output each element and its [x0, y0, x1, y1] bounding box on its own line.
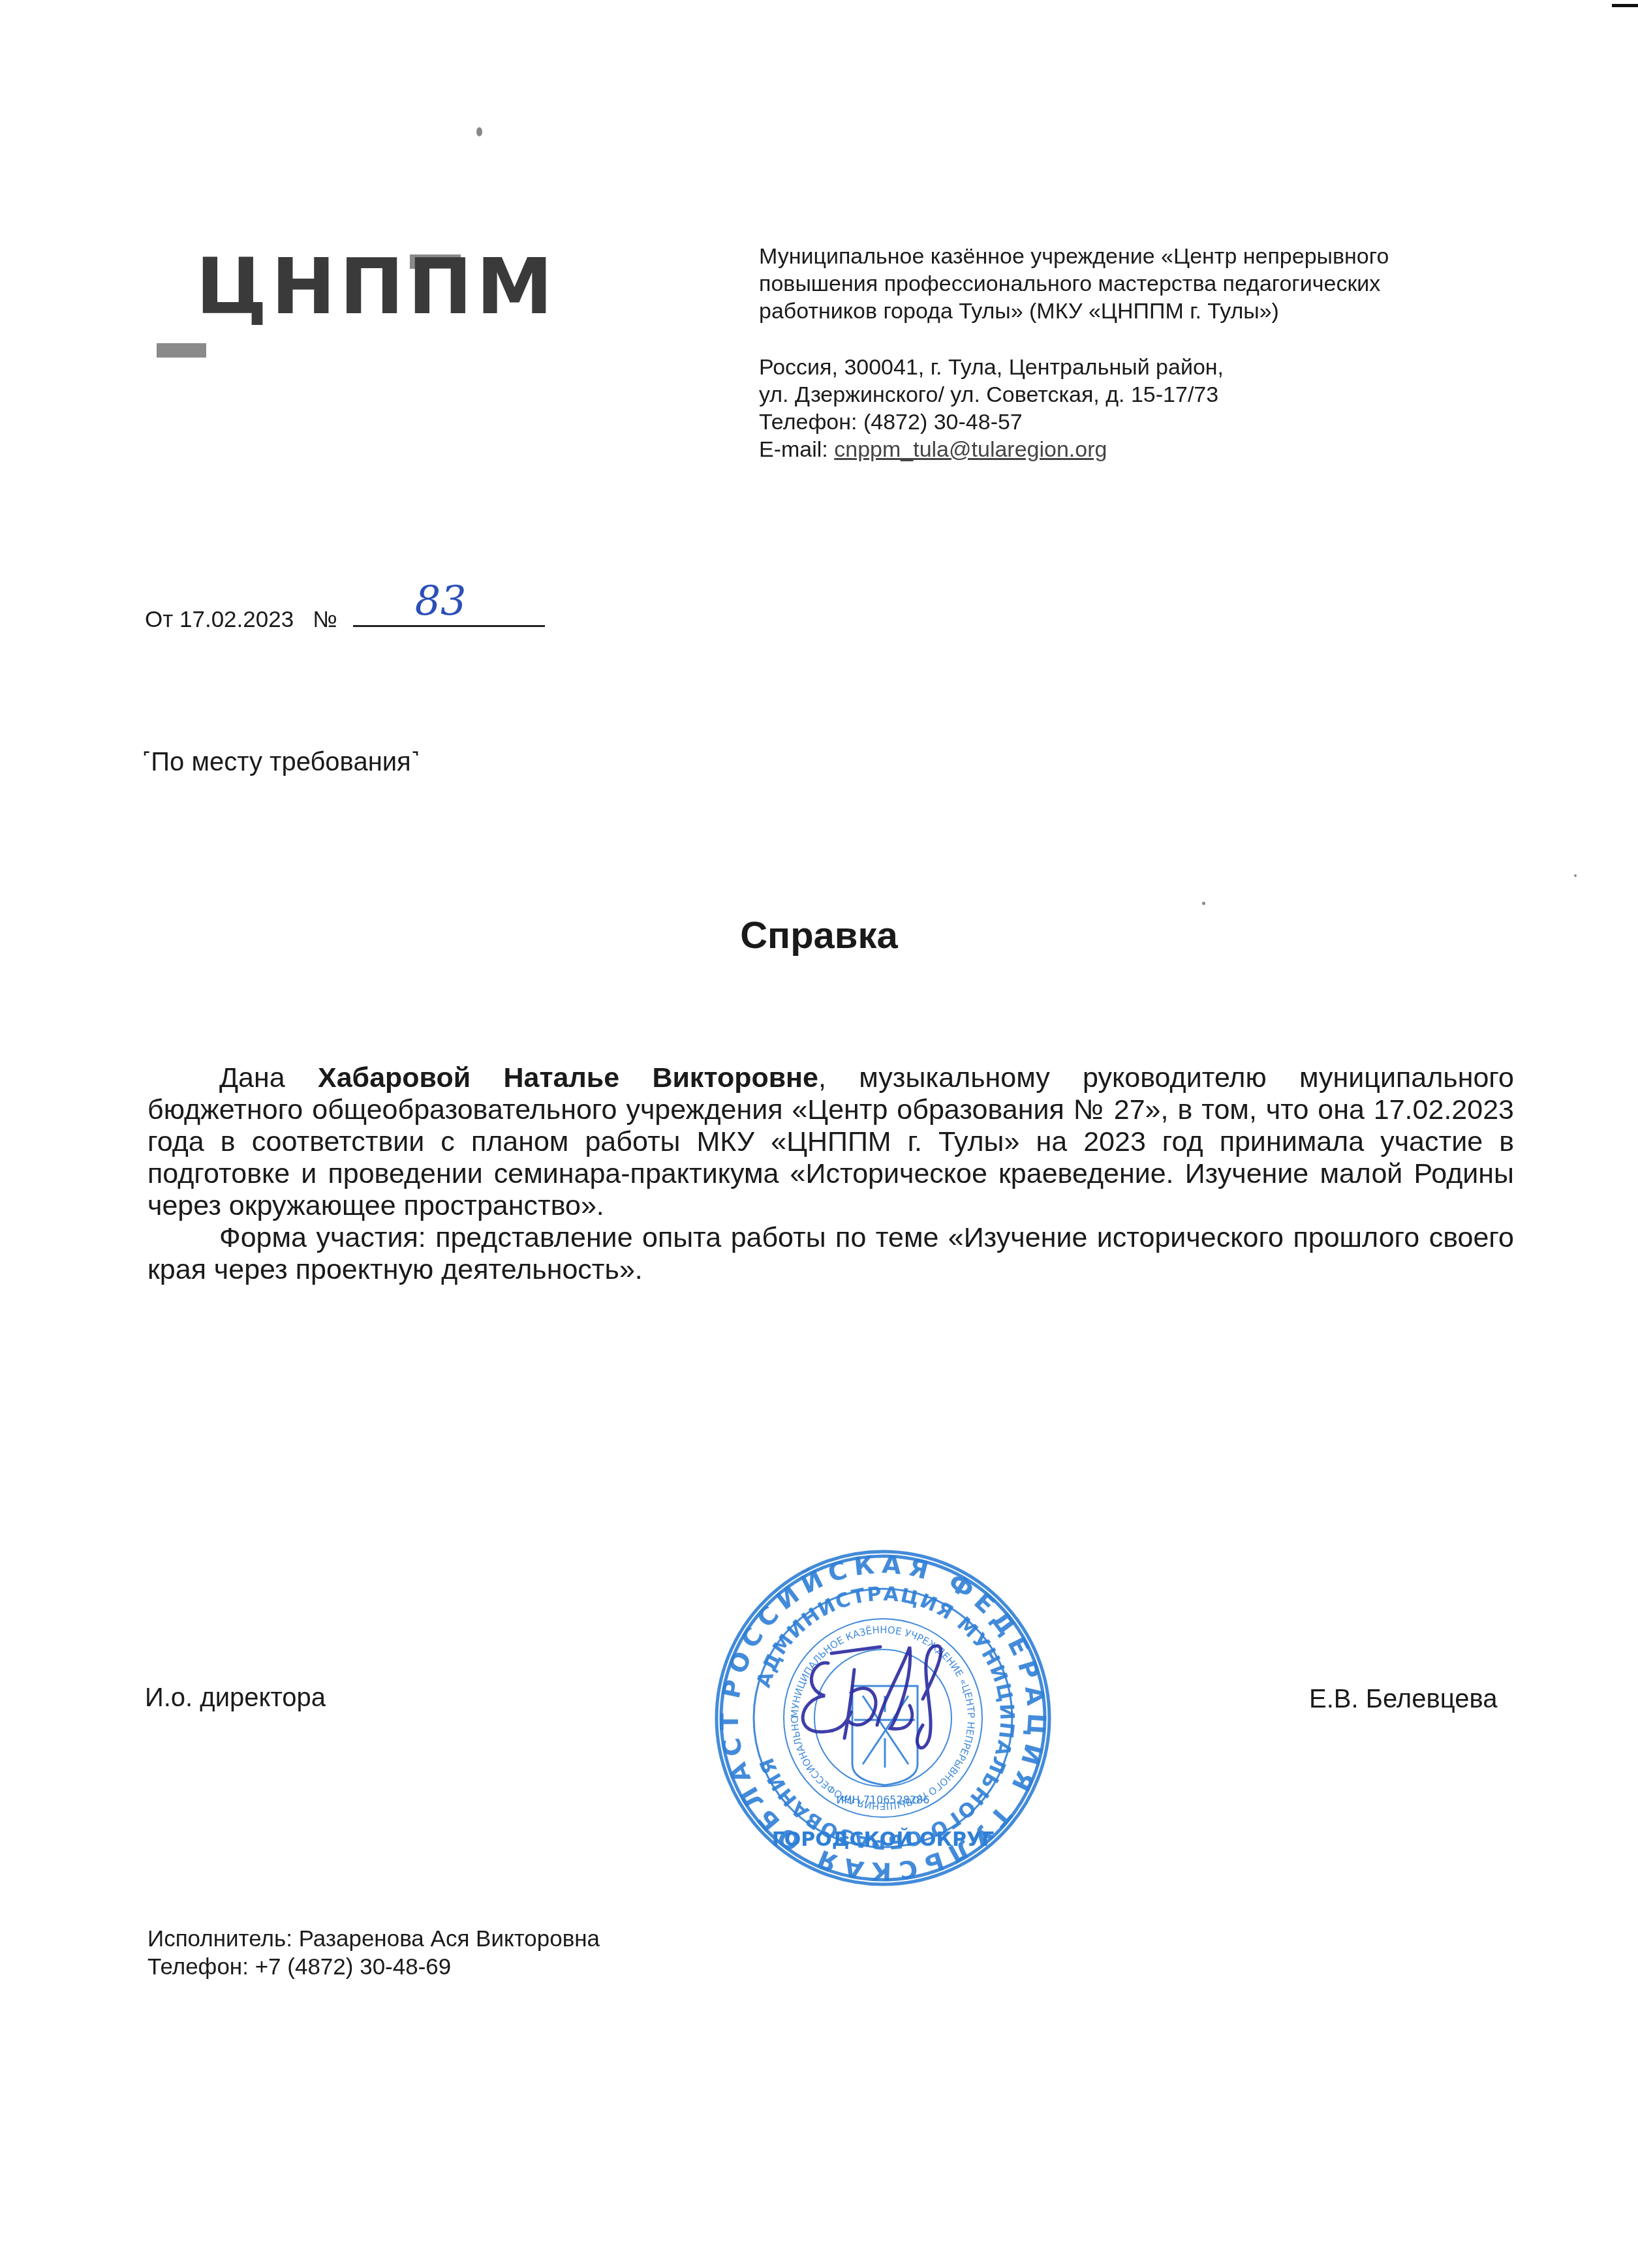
- body-paragraph-1: Дана Хабаровой Наталье Викторовне, музык…: [147, 1062, 1514, 1222]
- org-name-line-3: работников города Тулы» (МКУ «ЦНППМ г. Т…: [759, 298, 1509, 325]
- scan-speck: [1574, 874, 1577, 877]
- official-stamp: РОССИЙСКАЯ ФЕДЕРАЦИЯ ТУЛЬСКАЯ ОБЛАСТЬ АД…: [714, 1549, 1052, 1887]
- executor-info: Исполнитель: Разаренова Ася Викторовна Т…: [147, 1925, 600, 1981]
- scan-edge-mark: [1612, 4, 1638, 7]
- document-date: От 17.02.2023: [145, 607, 294, 632]
- recipient-name: Хабаровой Наталье Викторовне: [318, 1062, 818, 1094]
- executor-phone: Телефон: +7 (4872) 30-48-69: [147, 1953, 600, 1981]
- logo-bar-bottom: [157, 343, 206, 358]
- scan-speck: [476, 127, 482, 136]
- body-paragraph-2: Форма участия: представление опыта работ…: [147, 1222, 1514, 1286]
- address-line-1: Россия, 300041, г. Тула, Центральный рай…: [759, 354, 1509, 381]
- document-number-field: 83: [353, 602, 545, 627]
- org-name-line-2: повышения профессионального мастерства п…: [759, 270, 1509, 298]
- document-body: Дана Хабаровой Наталье Викторовне, музык…: [147, 1062, 1514, 1286]
- signatory-name: Е.В. Белевцева: [1309, 1685, 1497, 1714]
- signatory-role: И.о. директора: [145, 1683, 326, 1713]
- email-line: E-mail: cnppm_tula@tularegion.org: [759, 436, 1509, 463]
- document-dateline: От 17.02.2023 № 83: [145, 602, 545, 633]
- email-label: E-mail:: [759, 437, 834, 462]
- number-sign: №: [313, 607, 337, 632]
- executor-name: Исполнитель: Разаренова Ася Викторовна: [147, 1925, 600, 1953]
- org-name-line-1: Муниципальное казённое учреждение «Центр…: [759, 243, 1509, 270]
- scan-speck: [1202, 902, 1205, 905]
- svg-text:ГОРОДСКОЙ ОКРУГ: ГОРОДСКОЙ ОКРУГ: [772, 1828, 995, 1851]
- phone-line: Телефон: (4872) 30-48-57: [759, 408, 1509, 436]
- svg-text:ИНН 7106528286: ИНН 7106528286: [837, 1794, 930, 1806]
- stamp-seal-icon: РОССИЙСКАЯ ФЕДЕРАЦИЯ ТУЛЬСКАЯ ОБЛАСТЬ АД…: [714, 1549, 1052, 1887]
- organization-logo: ЦНППМ: [144, 235, 535, 352]
- logo-text: ЦНППМ: [196, 248, 557, 325]
- email-link[interactable]: cnppm_tula@tularegion.org: [834, 437, 1107, 462]
- recipient: ˹По месту требования˺: [142, 748, 420, 777]
- handwritten-document-number: 83: [415, 577, 467, 624]
- organization-header: Муниципальное казённое учреждение «Центр…: [759, 243, 1509, 463]
- document-title: Справка: [0, 913, 1638, 957]
- address-line-2: ул. Дзержинского/ ул. Советская, д. 15-1…: [759, 381, 1509, 408]
